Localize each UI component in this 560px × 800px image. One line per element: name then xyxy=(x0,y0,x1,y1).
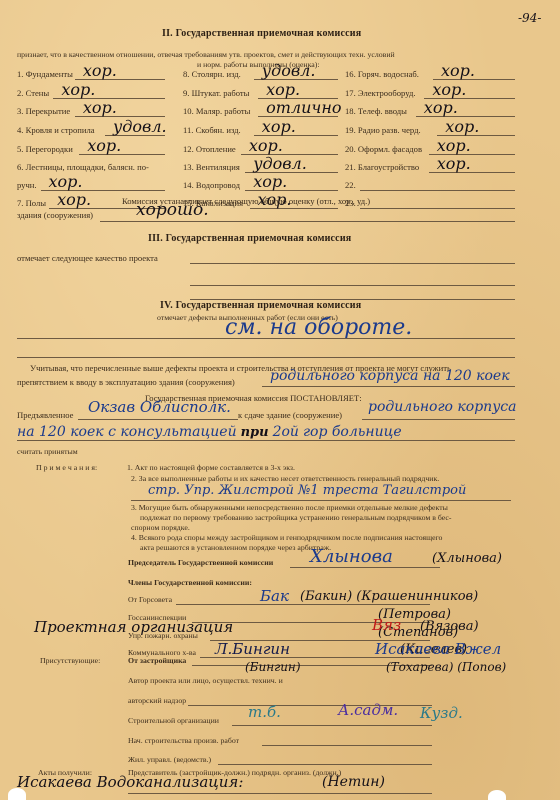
accepted-text: считать принятым xyxy=(17,447,78,456)
grade-item-value: хор. xyxy=(61,82,95,98)
chairman-name: (Хлынова) xyxy=(432,552,502,565)
grade-item-label: 1. Фундаменты xyxy=(17,69,73,79)
punch-hole-left xyxy=(8,788,26,800)
present-label: Присутствующие: xyxy=(40,656,100,665)
grade-item-label: 5. Перегородки xyxy=(17,144,73,154)
grade-item-value: хор. xyxy=(424,100,458,116)
building-handwritten: родильного корпуса на 120 коек xyxy=(270,369,510,383)
page-number: -94- xyxy=(518,12,541,24)
members-label: Члены Государственной комиссии: xyxy=(128,578,252,587)
grade-item-label: 7. Полы xyxy=(17,198,46,208)
grade-item-value: хор. xyxy=(266,82,300,98)
grade-item-label: 18. Телеф. вводы xyxy=(345,106,407,116)
grade-item-value: хор. xyxy=(437,138,471,154)
note-3-line-2: подлежат по первому требованию застройщи… xyxy=(140,513,451,522)
grade-item-value: хор. xyxy=(253,174,287,190)
grade-item-label: 2. Стены xyxy=(17,88,49,98)
grade-item-label: ручн. xyxy=(17,180,37,190)
grade-item-value: отлично xyxy=(266,100,341,116)
construction-signature-2: Кузд. xyxy=(420,706,463,721)
grade-item-value: хор. xyxy=(441,63,475,79)
grade-item-value: хор. xyxy=(249,138,283,154)
notes-label: П р и м е ч а н и я: xyxy=(36,463,97,472)
grade-item-value: удовл. xyxy=(253,156,307,172)
note-3-line-1: 3. Могущие быть обнаруженными непосредст… xyxy=(131,503,448,512)
grade-item-label: 9. Штукат. работы xyxy=(183,88,249,98)
presented-line-2-a: на 120 коек с консультацией xyxy=(17,424,237,440)
grade-item-label: 6. Лестницы, площадки, балясн. по- xyxy=(17,162,149,172)
developer-signature-a: Л.Бингин xyxy=(215,642,290,657)
construction-signature-1: т.б. xyxy=(248,705,281,720)
presented-line-2: на 120 коек с консультацией при 2ой гор … xyxy=(17,423,402,441)
presented-mid: к сдаче здание (сооружение) xyxy=(238,410,342,420)
grade-item-value: хор. xyxy=(57,192,91,208)
grade-item-value: хор. xyxy=(83,100,117,116)
chairman-label: Председатель Государственной комиссии xyxy=(128,558,273,567)
grade-item-value: хор. xyxy=(437,156,471,172)
grade-item-label: 20. Оформл. фасадов xyxy=(345,144,422,154)
note-1: 1. Акт по настоящей форме составляется в… xyxy=(127,463,295,472)
note-4-line-2: акта решаются в установленном порядке че… xyxy=(140,543,331,552)
document-page: -94- II. Государственная приемочная коми… xyxy=(0,0,560,800)
chief-label: Нач. строительства произв. работ xyxy=(128,736,239,745)
considering-line-2: препятствием к вводу в эксплуатацию здан… xyxy=(17,377,235,387)
developer-names-2: (Тохарева) (Попов) xyxy=(386,661,506,673)
grade-item-label: 16. Горяч. водоснаб. xyxy=(345,69,419,79)
grade-item-label: 21. Благоустройство xyxy=(345,162,419,172)
member-row-label: От Горсовета xyxy=(128,595,172,604)
author-label-1: Автор проекта или лицо, осуществл. техни… xyxy=(128,676,283,685)
presented-label: Предъявленное xyxy=(17,410,73,420)
section-4-value: см. на обороте. xyxy=(225,317,412,339)
grade-item-value: хор. xyxy=(445,119,479,135)
note-3-line-3: спорном порядке. xyxy=(131,523,190,532)
rep-handwritten: Исакаева Водоканализация: xyxy=(17,775,243,790)
section-3-title: III. Государственная приемочная комиссия xyxy=(148,233,351,244)
section-4-title: IV. Государственная приемочная комиссия xyxy=(160,300,361,311)
chairman-signature: Хлынова xyxy=(310,548,393,566)
member-row-signature: Бак xyxy=(260,589,289,604)
member-row-name: (Вязова) xyxy=(420,620,479,633)
grade-item-label: 10. Маляр. работы xyxy=(183,106,250,116)
member-row-name: (Бакин) (Крашенинников) xyxy=(300,590,478,603)
grade-item-label: 11. Скобян. изд. xyxy=(183,125,241,135)
grade-item-value: хор. xyxy=(83,63,117,79)
grade-item-value: хор. xyxy=(262,119,296,135)
presented-line-2-b: при xyxy=(241,425,269,440)
author-label-2: авторский надзор xyxy=(128,696,186,705)
grade-item-value: хор. xyxy=(49,174,83,190)
developer-names: (Бингин) xyxy=(245,661,301,673)
section-3-prompt: отмечает следующее качество проекта xyxy=(17,253,158,263)
grade-item-label: 4. Кровля и стропила xyxy=(17,125,95,135)
grade-item-label: 14. Водопровод xyxy=(183,180,240,190)
construction-signature: А.садм. xyxy=(338,703,398,718)
member-row-signature-red: Вяз xyxy=(372,618,401,633)
overall-label: здания (сооружения) xyxy=(17,210,93,220)
rep-name: (Нетин) xyxy=(322,775,385,789)
grade-item-label: 12. Отопление xyxy=(183,144,236,154)
grade-item-value: удовл. xyxy=(113,119,167,135)
developer-signature-b: Исакаева Вжел xyxy=(375,642,501,657)
note-2: 2. За все выполненные работы и их качест… xyxy=(131,474,439,483)
presented-object-handwritten: родильного корпуса xyxy=(368,400,517,414)
member-row-label: Проектная организация xyxy=(34,620,233,635)
section-2-intro-1: признает, что в качественном отношении, … xyxy=(17,50,395,59)
construction-label: Строительной организации xyxy=(128,716,219,725)
grade-item-value: удовл. xyxy=(262,63,316,79)
note-4-line-1: 4. Всякого рода споры между застройщиком… xyxy=(131,533,442,542)
grade-item-label: 13. Вентиляция xyxy=(183,162,240,172)
grade-item-label: 8. Столярн. изд. xyxy=(183,69,241,79)
developer-label: От застройщика xyxy=(128,656,186,665)
overall-grade: хорошо. xyxy=(136,202,209,219)
housing-label: Жил. управл. (ведомств.) xyxy=(128,755,211,764)
grade-item-label: 19. Радио разв. черд. xyxy=(345,125,421,135)
grade-item-label: 22. xyxy=(345,180,356,190)
presented-line-2-c: 2ой xyxy=(273,424,299,440)
presented-line-2-d: гор больнице xyxy=(303,424,402,440)
grade-item-label: 17. Электрооборуд. xyxy=(345,88,416,98)
punch-hole-right xyxy=(488,790,506,800)
grade-item-value: хор. xyxy=(87,138,121,154)
grade-item-value: хор. xyxy=(432,82,466,98)
presented-by-handwritten: Окзав Облисполк. xyxy=(88,400,231,415)
section-2-title: II. Государственная приемочная комиссия xyxy=(162,28,361,39)
note-2-handwritten: стр. Упр. Жилстрой №1 треста Тагилстрой xyxy=(148,484,466,497)
grade-item-label: 3. Перекрытие xyxy=(17,106,70,116)
